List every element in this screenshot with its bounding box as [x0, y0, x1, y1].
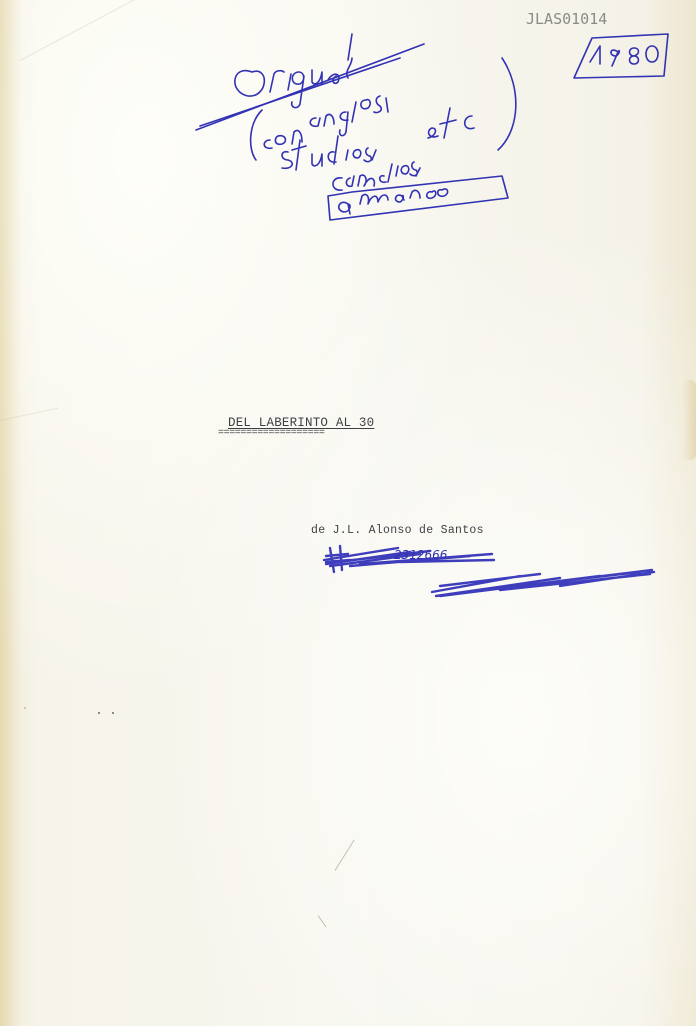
handwritten-boxed-note: a mano: [345, 190, 412, 211]
archive-code: JLAS01014: [526, 10, 607, 28]
paper-speck: [24, 707, 26, 709]
paper-crease: [318, 915, 327, 927]
paper-crease: [20, 0, 179, 61]
title-double-underline: ===================: [218, 428, 324, 439]
handwritten-note-line1: (con anglos,: [255, 115, 366, 136]
paper-crease: [335, 840, 355, 871]
paper-edge-stain: [0, 0, 22, 1026]
paper-speck: [112, 712, 114, 714]
handwritten-year: 1980: [588, 42, 644, 67]
paper-edge-stain-right: [682, 380, 696, 460]
author-line: de J.L. Alonso de Santos: [311, 524, 484, 537]
handwritten-note-line2: studios, cambios, etc): [280, 148, 479, 169]
redacted-phone: 2312666: [394, 548, 447, 562]
scanned-page: JLAS01014: [0, 0, 696, 1026]
paper-speck: [98, 712, 100, 714]
handwritten-original: Original: [232, 40, 356, 75]
